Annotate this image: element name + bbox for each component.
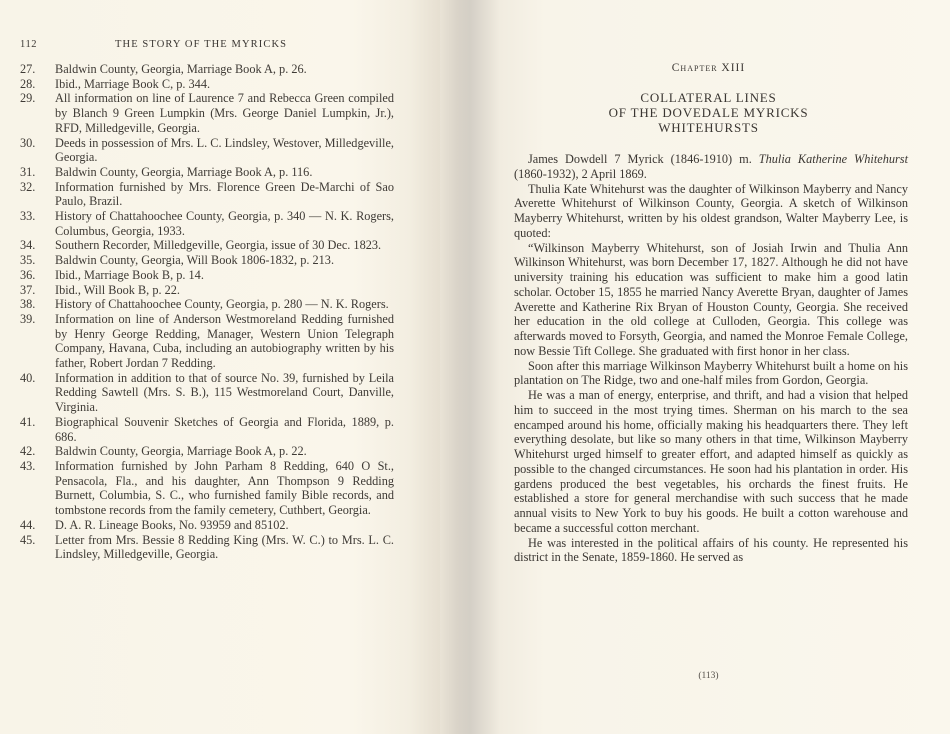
note-item: 36.Ibid., Marriage Book B, p. 14.: [20, 268, 394, 283]
note-item: 35.Baldwin County, Georgia, Will Book 18…: [20, 253, 394, 268]
note-text: Baldwin County, Georgia, Will Book 1806-…: [55, 253, 394, 268]
note-text: Baldwin County, Georgia, Marriage Book A…: [55, 62, 394, 77]
note-item: 41.Biographical Souvenir Sketches of Geo…: [20, 415, 394, 444]
note-text: Ibid., Marriage Book C, p. 344.: [55, 77, 394, 92]
note-number: 38.: [20, 297, 55, 312]
paragraph: He was interested in the political affai…: [514, 536, 908, 566]
note-item: 33.History of Chattahoochee County, Geor…: [20, 209, 394, 238]
note-number: 33.: [20, 209, 55, 238]
note-number: 31.: [20, 165, 55, 180]
note-text: Letter from Mrs. Bessie 8 Redding King (…: [55, 533, 394, 562]
note-text: Baldwin County, Georgia, Marriage Book A…: [55, 444, 394, 459]
note-number: 39.: [20, 312, 55, 371]
note-text: History of Chattahoochee County, Georgia…: [55, 209, 394, 238]
note-text: Information furnished by Mrs. Florence G…: [55, 180, 394, 209]
note-item: 31.Baldwin County, Georgia, Marriage Boo…: [20, 165, 394, 180]
chapter-label: Chapter XIII: [510, 62, 907, 74]
note-number: 28.: [20, 77, 55, 92]
note-item: 37.Ibid., Will Book B, p. 22.: [20, 283, 394, 298]
note-text: Biographical Souvenir Sketches of Georgi…: [55, 415, 394, 444]
chapter-title-line: COLLATERAL LINES: [510, 90, 907, 105]
note-text: Southern Recorder, Milledgeville, Georgi…: [55, 238, 394, 253]
note-number: 29.: [20, 91, 55, 135]
note-item: 40.Information in addition to that of so…: [20, 371, 394, 415]
chapter-title-line: OF THE DOVEDALE MYRICKS: [510, 105, 907, 120]
note-number: 34.: [20, 238, 55, 253]
chapter-title-line: WHITEHURSTS: [510, 120, 907, 135]
note-text: Information in addition to that of sourc…: [55, 371, 394, 415]
note-number: 44.: [20, 518, 55, 533]
paragraph: He was a man of energy, enterprise, and …: [514, 388, 908, 536]
chapter-body: James Dowdell 7 Myrick (1846-1910) m. Th…: [514, 152, 908, 565]
note-text: Ibid., Will Book B, p. 22.: [55, 283, 394, 298]
note-number: 45.: [20, 533, 55, 562]
note-item: 27.Baldwin County, Georgia, Marriage Boo…: [20, 62, 394, 77]
paragraph: “Wilkinson Mayberry Whitehurst, son of J…: [514, 241, 908, 359]
note-text: History of Chattahoochee County, Georgia…: [55, 297, 394, 312]
note-item: 30.Deeds in possession of Mrs. L. C. Lin…: [20, 136, 394, 165]
note-text: Information furnished by John Parham 8 R…: [55, 459, 394, 518]
note-item: 34.Southern Recorder, Milledgeville, Geo…: [20, 238, 394, 253]
paragraph: Soon after this marriage Wilkinson Maybe…: [514, 359, 908, 389]
note-number: 36.: [20, 268, 55, 283]
paragraph: Thulia Kate Whitehurst was the daughter …: [514, 182, 908, 241]
note-number: 42.: [20, 444, 55, 459]
note-number: 41.: [20, 415, 55, 444]
note-text: Ibid., Marriage Book B, p. 14.: [55, 268, 394, 283]
note-text: All information on line of Laurence 7 an…: [55, 91, 394, 135]
page-number-left: 112: [20, 39, 37, 50]
note-number: 32.: [20, 180, 55, 209]
note-number: 35.: [20, 253, 55, 268]
running-head-title: THE STORY OF THE MYRICKS: [115, 39, 287, 50]
page-number-right: (113): [510, 671, 907, 681]
note-item: 44.D. A. R. Lineage Books, No. 93959 and…: [20, 518, 394, 533]
chapter-title: COLLATERAL LINES OF THE DOVEDALE MYRICKS…: [510, 90, 907, 135]
note-item: 32.Information furnished by Mrs. Florenc…: [20, 180, 394, 209]
note-item: 28.Ibid., Marriage Book C, p. 344.: [20, 77, 394, 92]
notes-list: 27.Baldwin County, Georgia, Marriage Boo…: [20, 62, 394, 562]
paragraph: James Dowdell 7 Myrick (1846-1910) m. Th…: [514, 152, 908, 182]
note-item: 38.History of Chattahoochee County, Geor…: [20, 297, 394, 312]
note-item: 43.Information furnished by John Parham …: [20, 459, 394, 518]
note-text: Information on line of Anderson Westmore…: [55, 312, 394, 371]
note-number: 43.: [20, 459, 55, 518]
note-item: 42.Baldwin County, Georgia, Marriage Boo…: [20, 444, 394, 459]
paragraph-text: James Dowdell 7 Myrick (1846-1910) m.: [528, 152, 759, 166]
note-number: 40.: [20, 371, 55, 415]
note-text: Deeds in possession of Mrs. L. C. Lindsl…: [55, 136, 394, 165]
paragraph-text: (1860-1932), 2 April 1869.: [514, 167, 647, 181]
note-number: 27.: [20, 62, 55, 77]
note-number: 30.: [20, 136, 55, 165]
note-item: 39.Information on line of Anderson Westm…: [20, 312, 394, 371]
note-item: 45.Letter from Mrs. Bessie 8 Redding Kin…: [20, 533, 394, 562]
note-item: 29.All information on line of Laurence 7…: [20, 91, 394, 135]
book-gutter: [440, 0, 500, 734]
note-text: D. A. R. Lineage Books, No. 93959 and 85…: [55, 518, 394, 533]
italic-name: Thulia Katherine Whitehurst: [759, 152, 908, 166]
note-number: 37.: [20, 283, 55, 298]
note-text: Baldwin County, Georgia, Marriage Book A…: [55, 165, 394, 180]
